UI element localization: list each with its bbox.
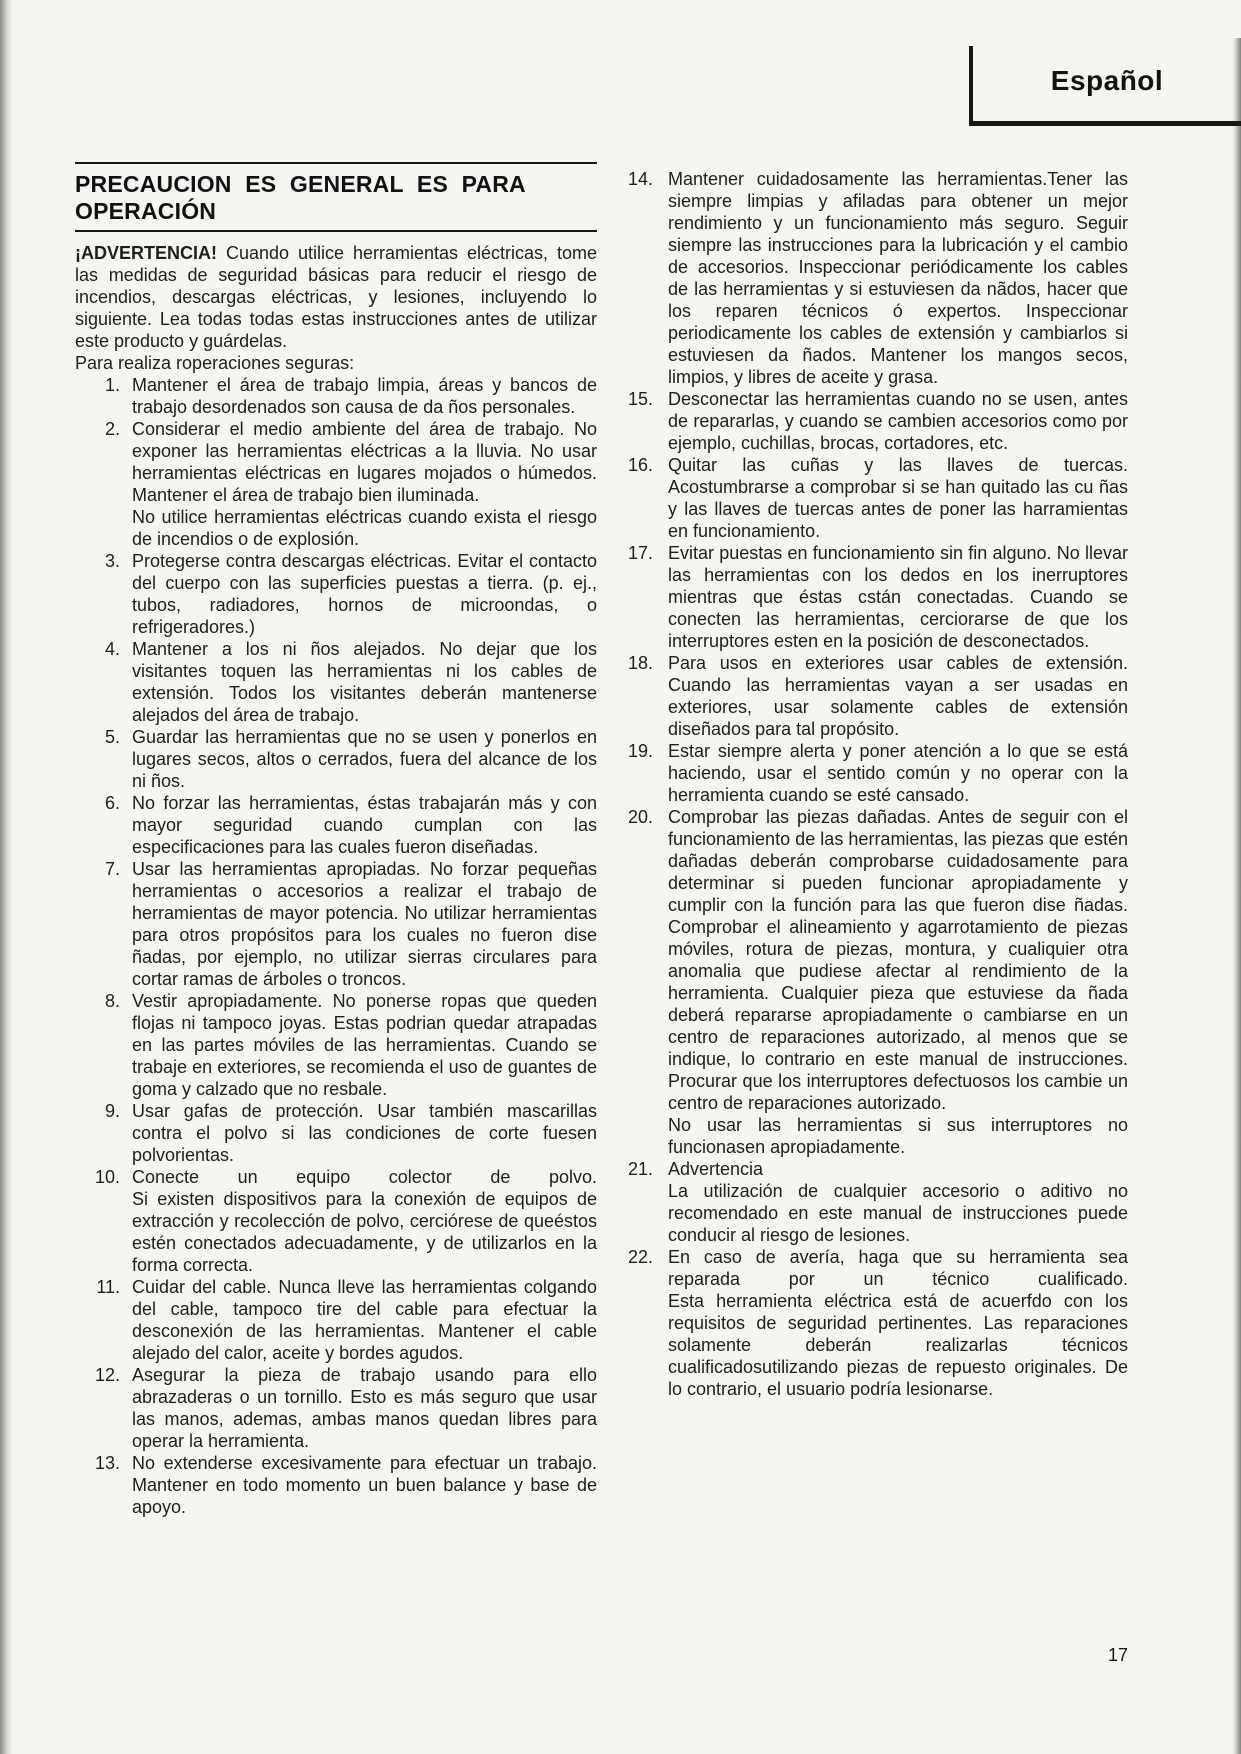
list-item: 10. Conecte un equipo colector de polvo.… — [75, 1166, 597, 1276]
section-title-line2: OPERACIÓN — [75, 198, 597, 225]
item-number: 5. — [75, 726, 120, 792]
item-paragraph: Comprobar las piezas dañadas. Antes de s… — [668, 806, 1128, 1114]
scan-edge-right — [1232, 38, 1241, 1754]
item-paragraph: Mantener cuidadosamente las herramientas… — [668, 168, 1128, 388]
item-paragraph: La utilización de cualquier accesorio o … — [668, 1180, 1128, 1246]
list-item: 21. Advertencia La utilización de cualqu… — [628, 1158, 1128, 1246]
item-paragraph: No usar las herramientas si sus interrup… — [668, 1114, 1128, 1158]
item-paragraph: Guardar las herramientas que no se usen … — [132, 726, 597, 792]
item-number: 13. — [75, 1452, 120, 1518]
item-number: 18. — [628, 652, 656, 740]
item-paragraph: Estar siempre alerta y poner atención a … — [668, 740, 1128, 806]
item-number: 7. — [75, 858, 120, 990]
list-item: 12. Asegurar la pieza de trabajo usando … — [75, 1364, 597, 1452]
item-number: 9. — [75, 1100, 120, 1166]
item-paragraph: Para usos en exteriores usar cables de e… — [668, 652, 1128, 740]
section-title: PRECAUCION ES GENERAL ES PARA OPERACIÓN — [75, 162, 597, 232]
list-item: 13. No extenderse excesivamente para efe… — [75, 1452, 597, 1518]
item-number: 21. — [628, 1158, 656, 1246]
page-number: 17 — [1108, 1645, 1128, 1666]
item-paragraph: Considerar el medio ambiente del área de… — [132, 418, 597, 506]
list-item: 20. Comprobar las piezas dañadas. Antes … — [628, 806, 1128, 1158]
left-column: PRECAUCION ES GENERAL ES PARA OPERACIÓN … — [75, 162, 597, 1518]
item-number: 12. — [75, 1364, 120, 1452]
list-item: 1. Mantener el área de trabajo limpia, á… — [75, 374, 597, 418]
list-item: 22. En caso de avería, haga que su herra… — [628, 1246, 1128, 1400]
item-paragraph: No forzar las herramientas, éstas trabaj… — [132, 792, 597, 858]
warning-label: ¡ADVERTENCIA! — [75, 243, 217, 263]
item-number: 4. — [75, 638, 120, 726]
item-number: 22. — [628, 1246, 656, 1400]
language-label: Español — [1051, 65, 1163, 103]
list-item: 15. Desconectar las herramientas cuando … — [628, 388, 1128, 454]
item-number: 17. — [628, 542, 656, 652]
item-paragraph: Mantener el área de trabajo limpia, área… — [132, 374, 597, 418]
item-number: 3. — [75, 550, 120, 638]
item-paragraph: En caso de avería, haga que su herramien… — [668, 1246, 1128, 1290]
item-paragraph: Vestir apropiadamente. No ponerse ropas … — [132, 990, 597, 1100]
list-item: 18. Para usos en exteriores usar cables … — [628, 652, 1128, 740]
item-number: 20. — [628, 806, 656, 1158]
item-paragraph: Quitar las cuñas y las llaves de tuercas… — [668, 454, 1128, 476]
right-column: 14. Mantener cuidadosamente las herramie… — [628, 168, 1128, 1400]
item-number: 8. — [75, 990, 120, 1100]
list-item: 7. Usar las herramientas apropiadas. No … — [75, 858, 597, 990]
list-item: 8. Vestir apropiadamente. No ponerse rop… — [75, 990, 597, 1100]
item-paragraph: Protegerse contra descargas eléctricas. … — [132, 550, 597, 638]
item-paragraph: Acostumbrarse a comprobar si se han quit… — [668, 476, 1128, 542]
item-paragraph: Desconectar las herramientas cuando no s… — [668, 388, 1128, 454]
item-paragraph: Si existen dispositivos para la conexión… — [132, 1188, 597, 1276]
manual-page: { "header": { "language_label": "Español… — [0, 0, 1241, 1754]
item-paragraph: Advertencia — [668, 1158, 1128, 1180]
item-number: 2. — [75, 418, 120, 550]
list-item: 2. Considerar el medio ambiente del área… — [75, 418, 597, 550]
list-item: 17. Evitar puestas en funcionamiento sin… — [628, 542, 1128, 652]
list-item: 6. No forzar las herramientas, éstas tra… — [75, 792, 597, 858]
language-tab: Español — [969, 46, 1241, 126]
item-number: 10. — [75, 1166, 120, 1276]
list-item: 3. Protegerse contra descargas eléctrica… — [75, 550, 597, 638]
item-number: 19. — [628, 740, 656, 806]
lead-in-line: Para realiza roperaciones seguras: — [75, 352, 597, 374]
item-paragraph: Usar gafas de protección. Usar también m… — [132, 1100, 597, 1166]
item-paragraph: Usar las herramientas apropiadas. No for… — [132, 858, 597, 990]
item-paragraph: Esta herramienta eléctrica está de acuer… — [668, 1290, 1128, 1400]
item-number: 1. — [75, 374, 120, 418]
item-paragraph: Conecte un equipo colector de polvo. — [132, 1166, 597, 1188]
item-paragraph: Cuidar del cable. Nunca lleve las herram… — [132, 1276, 597, 1364]
item-number: 16. — [628, 454, 656, 542]
item-paragraph: Mantener a los ni ños alejados. No dejar… — [132, 638, 597, 726]
list-item: 5. Guardar las herramientas que no se us… — [75, 726, 597, 792]
item-paragraph: Evitar puestas en funcionamiento sin fin… — [668, 542, 1128, 652]
list-item: 19. Estar siempre alerta y poner atenció… — [628, 740, 1128, 806]
list-item: 16. Quitar las cuñas y las llaves de tue… — [628, 454, 1128, 542]
scan-edge-left — [0, 0, 13, 1754]
list-item: 4. Mantener a los ni ños alejados. No de… — [75, 638, 597, 726]
list-item: 9. Usar gafas de protección. Usar tambié… — [75, 1100, 597, 1166]
warning-paragraph: ¡ADVERTENCIA! Cuando utilice herramienta… — [75, 242, 597, 352]
item-paragraph: Asegurar la pieza de trabajo usando para… — [132, 1364, 597, 1452]
item-number: 11. — [75, 1276, 120, 1364]
list-item: 11. Cuidar del cable. Nunca lleve las he… — [75, 1276, 597, 1364]
list-item: 14. Mantener cuidadosamente las herramie… — [628, 168, 1128, 388]
item-number: 15. — [628, 388, 656, 454]
section-title-line1: PRECAUCION ES GENERAL ES PARA — [75, 171, 597, 198]
item-number: 6. — [75, 792, 120, 858]
item-paragraph: No utilice herramientas eléctricas cuand… — [132, 506, 597, 550]
item-paragraph: No extenderse excesivamente para efectua… — [132, 1452, 597, 1518]
item-number: 14. — [628, 168, 656, 388]
